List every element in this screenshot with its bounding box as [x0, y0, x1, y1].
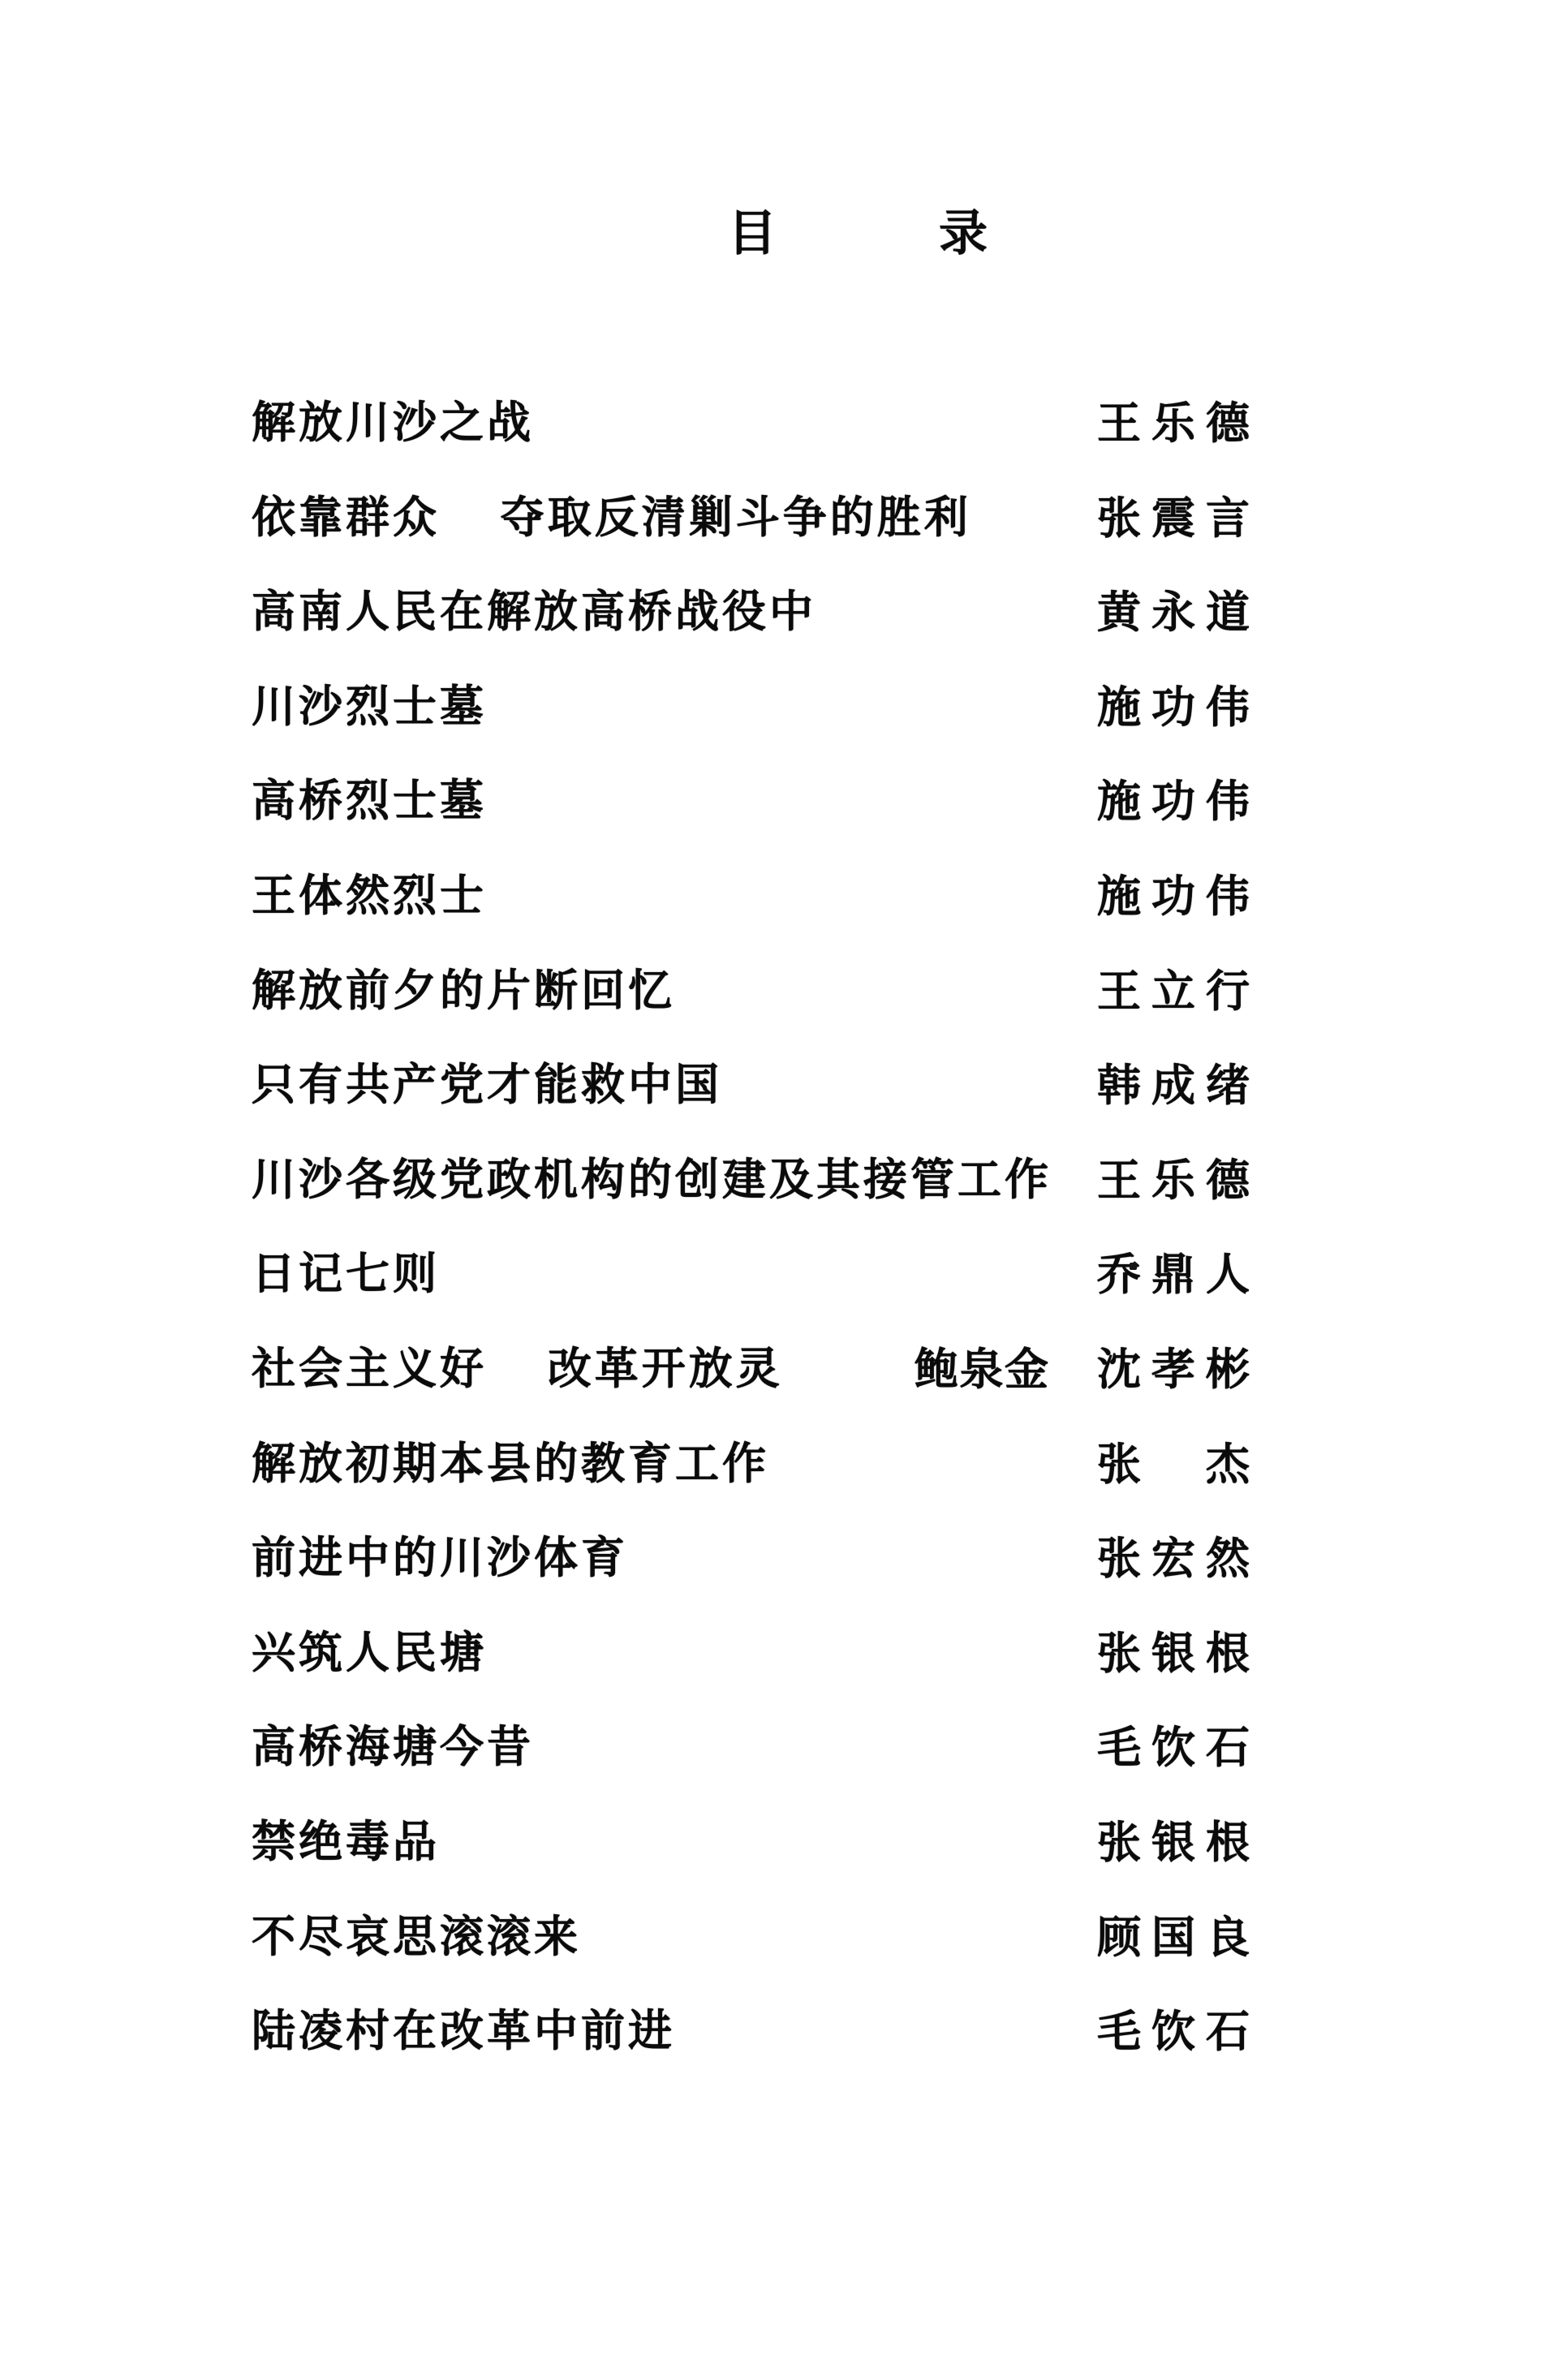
entry-author: 顾国良 [1097, 1914, 1250, 1960]
entry-author: 毛饮石 [1097, 2008, 1250, 2055]
entry-title-text-2: 夺取反清剿斗争的胜利 [501, 491, 971, 543]
entry-title-text: 高桥海塘今昔 [252, 1720, 534, 1772]
entry-authors: 张杰 [1097, 1441, 1250, 1487]
entry-title-text: 前进中的川沙体育 [252, 1531, 628, 1583]
entry-authors: 毛饮石 [1097, 1724, 1250, 1771]
entry-title-text: 高南人民在解放高桥战役中 [252, 585, 816, 637]
entry-title-text: 社会主义好 [252, 1342, 487, 1394]
toc-row: 解放川沙之战 王乐德 [252, 399, 1558, 494]
page-title-char-mu: 目 [728, 209, 777, 258]
entry-authors: 施功伟 [1097, 684, 1250, 730]
entry-title: 解放初期本县的教育工作 [252, 1440, 1558, 1487]
entry-title: 前进中的川沙体育 [252, 1534, 1558, 1581]
entry-author: 张银根 [1097, 1630, 1250, 1676]
scanned-toc-page: 目 录 解放川沙之战 王乐德 依靠群众 夺取反清剿斗争的胜利 张震言 [0, 0, 1558, 2380]
entry-title-text: 川沙烈士墓 [252, 680, 487, 732]
entry-authors: 韩成绪 [1097, 1062, 1250, 1108]
entry-title-text: 解放川沙之战 [252, 396, 534, 448]
entry-title: 依靠群众 夺取反清剿斗争的胜利 [252, 494, 1558, 540]
entry-title-text: 兴筑人民塘 [252, 1626, 487, 1678]
entry-author: 施功伟 [1097, 684, 1250, 730]
entry-authors: 王立行 [1097, 968, 1250, 1014]
toc-row: 不尽哀思滚滚来 顾国良 [252, 1913, 1558, 2008]
toc-row: 解放初期本县的教育工作 张杰 [252, 1440, 1558, 1535]
entry-author: 黄永道 [1097, 589, 1250, 635]
entry-authors: 施功伟 [1097, 873, 1250, 919]
toc-row: 前进中的川沙体育 张宏然 [252, 1534, 1558, 1629]
entry-author: 王立行 [1097, 968, 1250, 1014]
entry-authors: 张震言 [1097, 495, 1250, 541]
entry-title: 高桥海塘今昔 [252, 1724, 1558, 1770]
entry-authors: 张宏然 [1097, 1535, 1250, 1582]
entry-author: 乔鼎人 [1097, 1251, 1250, 1298]
entry-title: 王体然烈士 [252, 872, 1558, 919]
entry-title: 解放川沙之战 [252, 399, 1558, 445]
entry-title-text: 王体然烈士 [252, 869, 487, 921]
toc-row: 高桥烈士墓 施功伟 [252, 777, 1558, 872]
entry-title-text: 日记七则 [252, 1247, 440, 1299]
toc-row: 兴筑人民塘 张银根 [252, 1629, 1558, 1724]
entry-title-text-2: 改革开放灵 [548, 1342, 783, 1394]
entry-title-text: 高桥烈士墓 [252, 774, 487, 826]
toc-row: 只有共产党才能救中国 韩成绪 [252, 1061, 1558, 1156]
toc-row: 禁绝毒品 张银根 [252, 1818, 1558, 1913]
toc-row: 社会主义好 改革开放灵 鲍泉金 沈孝彬 [252, 1345, 1558, 1440]
entry-title: 川沙各级党政机构的创建及其接管工作 [252, 1156, 1558, 1203]
entry-title-text: 解放前夕的片断回忆 [252, 964, 675, 1016]
entry-title: 高桥烈士墓 [252, 777, 1558, 824]
entry-title-text: 只有共产党才能救中国 [252, 1058, 722, 1110]
entry-author: 张震言 [1097, 495, 1250, 541]
toc-row: 川沙各级党政机构的创建及其接管工作 王乐德 [252, 1156, 1558, 1251]
toc-row: 高桥海塘今昔 毛饮石 [252, 1724, 1558, 1818]
entry-title-text: 禁绝毒品 [252, 1815, 440, 1867]
toc-row: 解放前夕的片断回忆 王立行 [252, 967, 1558, 1062]
entry-title: 高南人民在解放高桥战役中 [252, 588, 1558, 635]
entry-title: 只有共产党才能救中国 [252, 1061, 1558, 1108]
entry-authors: 王乐德 [1097, 1157, 1250, 1203]
entry-author: 张银根 [1097, 1819, 1250, 1866]
entry-co-author: 鲍泉金 [915, 1346, 1048, 1392]
entry-title: 陆凌村在改革中前进 [252, 2008, 1558, 2054]
entry-author: 王乐德 [1097, 400, 1250, 446]
entry-title: 兴筑人民塘 [252, 1629, 1558, 1676]
entry-title-text: 不尽哀思滚滚来 [252, 1910, 581, 1962]
toc-row: 王体然烈士 施功伟 [252, 872, 1558, 967]
entry-authors: 王乐德 [1097, 400, 1250, 446]
entry-title-text: 陆凌村在改革中前进 [252, 2004, 675, 2056]
entry-author: 毛饮石 [1097, 1724, 1250, 1771]
entry-authors: 顾国良 [1097, 1914, 1250, 1960]
entry-authors: 张银根 [1097, 1819, 1250, 1866]
entry-authors: 黄永道 [1097, 589, 1250, 635]
entry-author: 沈孝彬 [1097, 1346, 1250, 1392]
entry-title: 社会主义好 改革开放灵 [252, 1345, 1558, 1392]
entry-author: 王乐德 [1097, 1157, 1250, 1203]
page-title-char-lu: 录 [939, 209, 988, 258]
entry-title: 解放前夕的片断回忆 [252, 967, 1558, 1014]
entry-author: 张杰 [1097, 1441, 1250, 1487]
entry-title: 日记七则 [252, 1250, 1558, 1297]
entry-title: 川沙烈士墓 [252, 683, 1558, 729]
entry-authors: 张银根 [1097, 1630, 1250, 1676]
toc-list: 解放川沙之战 王乐德 依靠群众 夺取反清剿斗争的胜利 张震言 高南人民在解放高桥… [252, 399, 1558, 2102]
toc-row: 依靠群众 夺取反清剿斗争的胜利 张震言 [252, 494, 1558, 589]
entry-title-text: 解放初期本县的教育工作 [252, 1437, 769, 1489]
toc-row: 日记七则 乔鼎人 [252, 1250, 1558, 1345]
entry-author: 韩成绪 [1097, 1062, 1250, 1108]
entry-author: 施功伟 [1097, 873, 1250, 919]
entry-author: 施功伟 [1097, 778, 1250, 824]
entry-title: 不尽哀思滚滚来 [252, 1913, 1558, 1960]
entry-authors: 毛饮石 [1097, 2008, 1250, 2055]
page-title: 目 录 [728, 209, 988, 258]
toc-row: 高南人民在解放高桥战役中 黄永道 [252, 588, 1558, 683]
entry-authors: 乔鼎人 [1097, 1251, 1250, 1298]
entry-author: 张宏然 [1097, 1535, 1250, 1582]
entry-authors: 鲍泉金 沈孝彬 [915, 1346, 1250, 1392]
toc-row: 陆凌村在改革中前进 毛饮石 [252, 2008, 1558, 2102]
entry-title-text: 川沙各级党政机构的创建及其接管工作 [252, 1153, 1052, 1205]
entry-title: 禁绝毒品 [252, 1818, 1558, 1865]
scan-speck [1130, 1263, 1137, 1270]
entry-title-text: 依靠群众 [252, 491, 440, 543]
toc-row: 川沙烈士墓 施功伟 [252, 683, 1558, 778]
entry-authors: 施功伟 [1097, 778, 1250, 824]
